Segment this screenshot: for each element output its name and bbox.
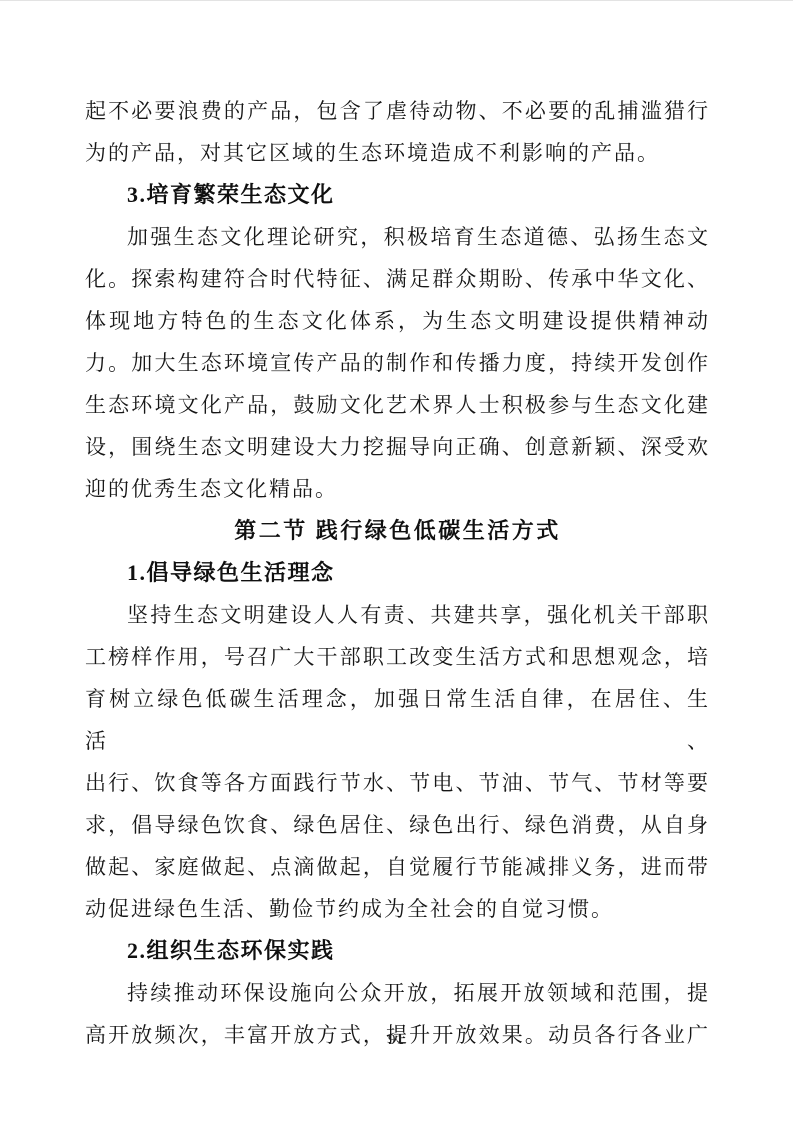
text-line: 加强生态文化理论研究，积极培育生态道德、弘扬生态文 bbox=[85, 216, 710, 258]
text-line: 体现地方特色的生态文化体系，为生态文明建设提供精神动 bbox=[85, 300, 710, 342]
text-line: 设，围绕生态文明建设大力挖掘导向正确、创意新颖、深受欢 bbox=[85, 426, 710, 468]
text-line: 为的产品，对其它区域的生态环境造成不利影响的产品。 bbox=[85, 132, 710, 174]
text-line: 化。探索构建符合时代特征、满足群众期盼、传承中华文化、 bbox=[85, 258, 710, 300]
text-line: 力。加大生态环境宣传产品的制作和传播力度，持续开发创作 bbox=[85, 342, 710, 384]
document-page: 起不必要浪费的产品，包含了虐待动物、不必要的乱捕滥猎行 为的产品，对其它区域的生… bbox=[0, 0, 793, 1122]
text-line: 求，倡导绿色饮食、绿色居住、绿色出行、绿色消费，从自身 bbox=[85, 804, 710, 846]
text-line: 出行、饮食等各方面践行节水、节电、节油、节气、节材等要 bbox=[85, 762, 710, 804]
paragraph-green-life: 坚持生态文明建设人人有责、共建共享，强化机关干部职 工榜样作用，号召广大干部职工… bbox=[85, 594, 710, 930]
section-heading: 第二节 践行绿色低碳生活方式 bbox=[85, 510, 710, 552]
text-line: 工榜样作用，号召广大干部职工改变生活方式和思想观念，培 bbox=[85, 636, 710, 678]
subsection-heading-3: 3.培育繁荣生态文化 bbox=[85, 174, 710, 216]
text-line: 起不必要浪费的产品，包含了虐待动物、不必要的乱捕滥猎行 bbox=[85, 90, 710, 132]
document-content: 起不必要浪费的产品，包含了虐待动物、不必要的乱捕滥猎行 为的产品，对其它区域的生… bbox=[85, 90, 710, 1056]
text-line: 动促进绿色生活、勤俭节约成为全社会的自觉习惯。 bbox=[85, 888, 710, 930]
text-line: 做起、家庭做起、点滴做起，自觉履行节能减排义务，进而带 bbox=[85, 846, 710, 888]
paragraph-culture: 加强生态文化理论研究，积极培育生态道德、弘扬生态文 化。探索构建符合时代特征、满… bbox=[85, 216, 710, 510]
subsection-heading-1: 1.倡导绿色生活理念 bbox=[85, 552, 710, 594]
text-line: 育树立绿色低碳生活理念，加强日常生活自律，在居住、生活、 bbox=[85, 678, 710, 762]
paragraph-intro: 起不必要浪费的产品，包含了虐待动物、不必要的乱捕滥猎行 为的产品，对其它区域的生… bbox=[85, 90, 710, 174]
page-number: 91 bbox=[388, 1032, 405, 1048]
text-line: 迎的优秀生态文化精品。 bbox=[85, 468, 710, 510]
text-line: 持续推动环保设施向公众开放，拓展开放领域和范围，提 bbox=[85, 972, 710, 1014]
text-line: 坚持生态文明建设人人有责、共建共享，强化机关干部职 bbox=[85, 594, 710, 636]
subsection-heading-2: 2.组织生态环保实践 bbox=[85, 930, 710, 972]
page-footer: 91 bbox=[0, 1031, 793, 1049]
text-line: 生态环境文化产品，鼓励文化艺术界人士积极参与生态文化建 bbox=[85, 384, 710, 426]
